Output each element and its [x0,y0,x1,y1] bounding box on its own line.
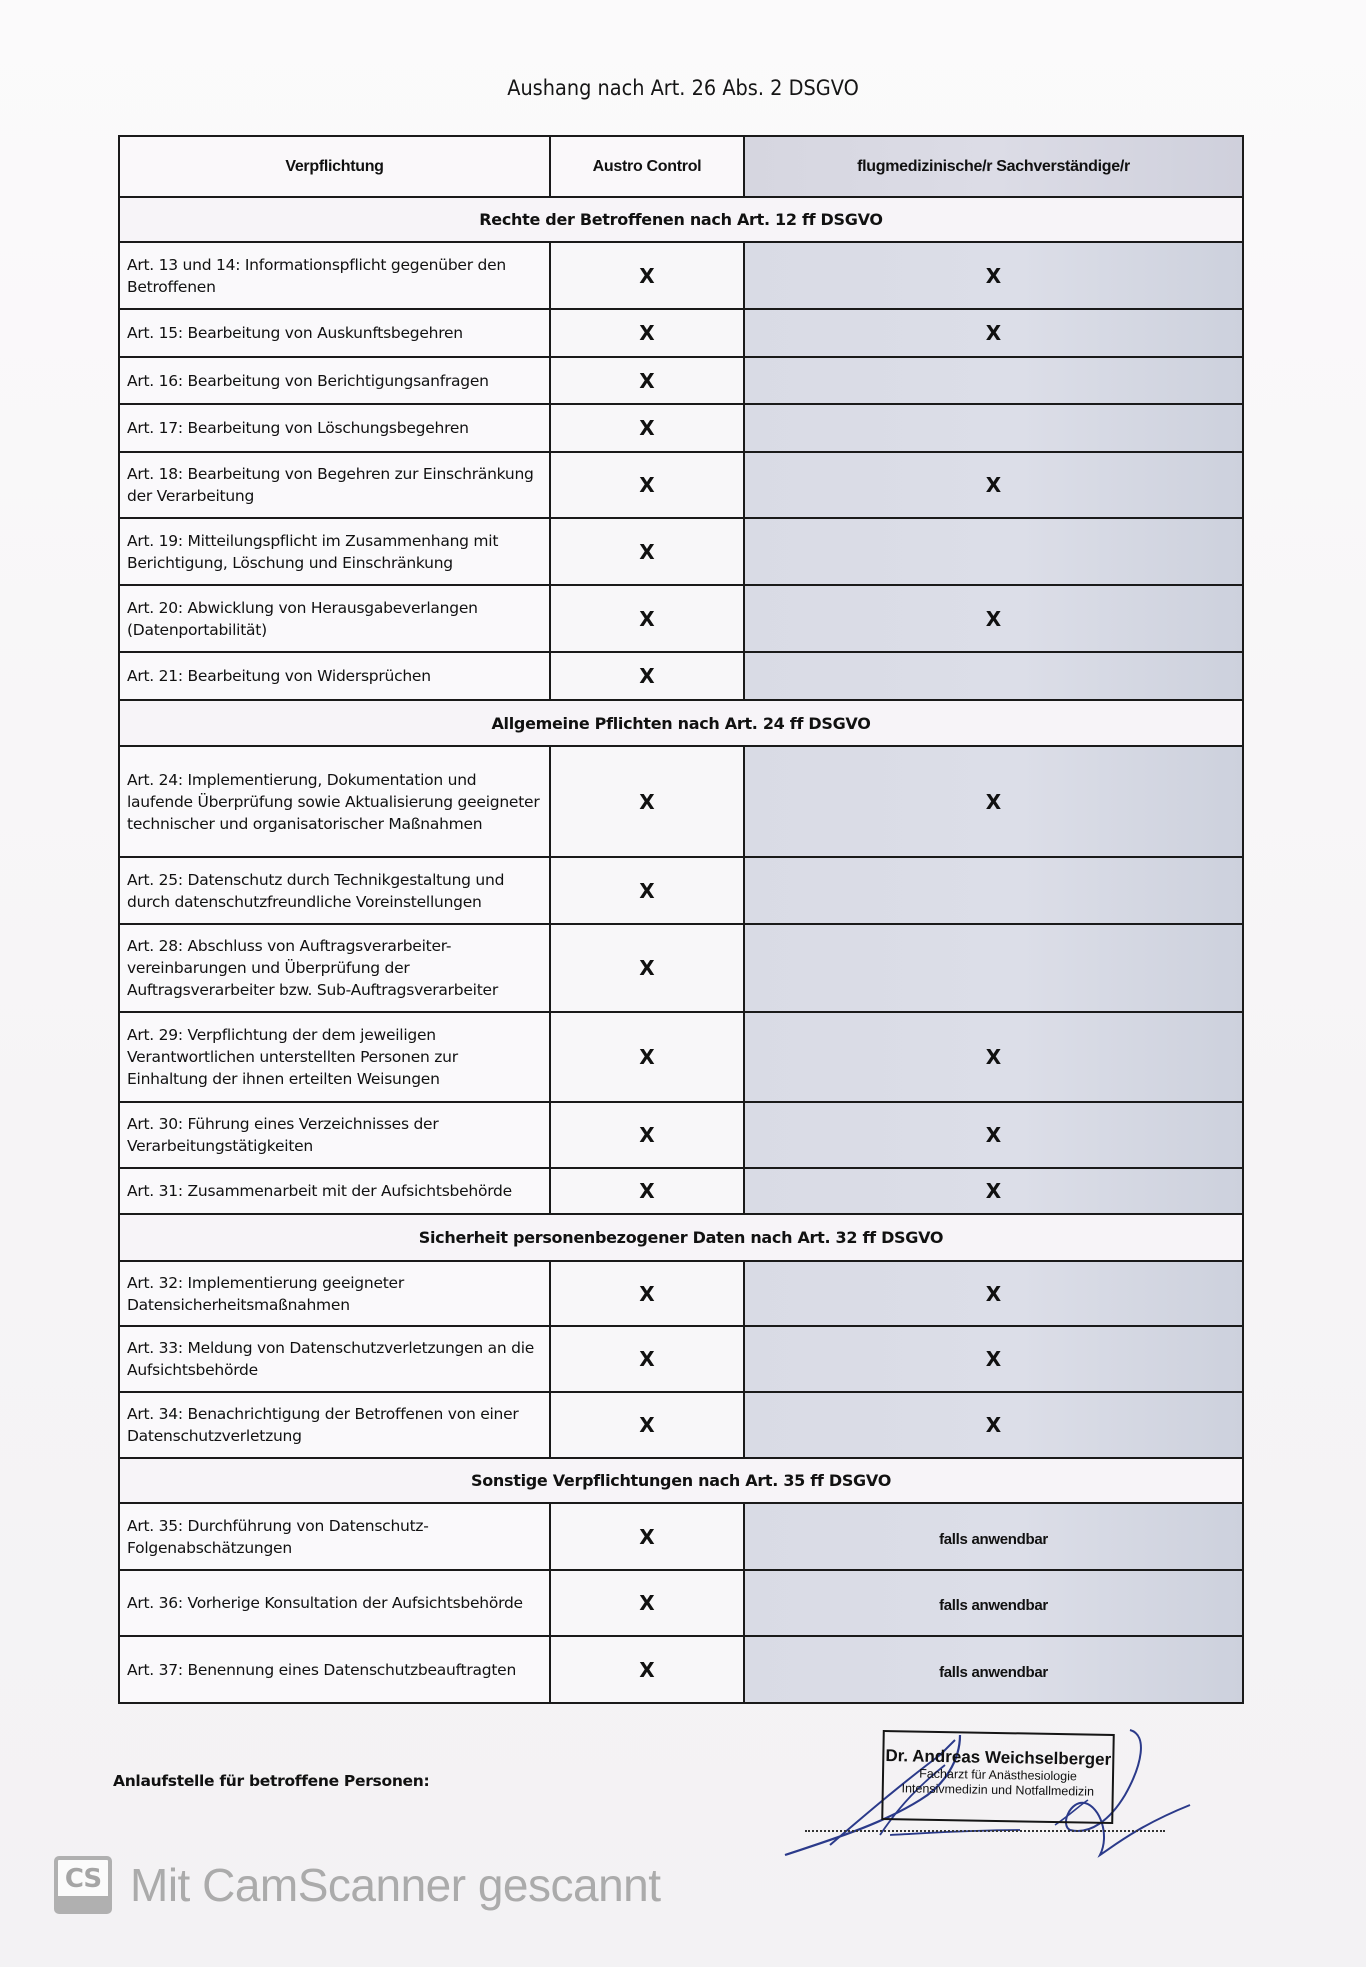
aeromedical-examiner-cell: X [744,1168,1243,1214]
obligation-cell: Art. 34: Benachrichtigung der Betroffene… [119,1392,550,1458]
article-number: Art. 24: [127,771,183,789]
article-number: Art. 16: [127,372,183,390]
column-header-austro-control: Austro Control [550,136,744,197]
aeromedical-examiner-cell [744,924,1243,1012]
aeromedical-examiner-mark: X [986,1045,1001,1069]
article-number: Art. 17: [127,419,183,437]
obligation-text: Mitteilungspflicht im Zusammenhang mit B… [127,532,498,572]
article-number: Art. 36: [127,1594,183,1612]
section-title: Sonstige Verpflichtungen nach Art. 35 ff… [119,1458,1243,1503]
aeromedical-examiner-cell: X [744,1261,1243,1326]
section-header-row: Sicherheit personenbezogener Daten nach … [119,1214,1243,1261]
table-row: Art. 31: Zusammenarbeit mit der Aufsicht… [119,1168,1243,1214]
aeromedical-examiner-cell [744,518,1243,585]
aeromedical-examiner-cell: falls anwendbar [744,1636,1243,1703]
aeromedical-examiner-mark: falls anwendbar [939,1531,1048,1548]
table-row: Art. 13 und 14: Informationspflicht gege… [119,242,1243,309]
article-number: Art. 18: [127,465,183,483]
obligation-cell: Art. 16: Bearbeitung von Berichtigungsan… [119,357,550,404]
austro-control-mark: X [550,857,744,924]
aeromedical-examiner-cell: falls anwendbar [744,1570,1243,1636]
article-number: Art. 20: [127,599,183,617]
aeromedical-examiner-cell: X [744,585,1243,652]
aeromedical-examiner-mark: X [986,321,1001,345]
obligation-text: Bearbeitung von Begehren zur Einschränku… [127,465,534,505]
table-row: Art. 30: Führung eines Verzeichnisses de… [119,1102,1243,1168]
obligation-cell: Art. 28: Abschluss von Auftragsverarbeit… [119,924,550,1012]
obligation-cell: Art. 18: Bearbeitung von Begehren zur Ei… [119,452,550,518]
article-number: Art. 15: [127,324,183,342]
obligation-cell: Art. 20: Abwicklung von Herausgabeverlan… [119,585,550,652]
section-title: Rechte der Betroffenen nach Art. 12 ff D… [119,197,1243,242]
obligation-text: Bearbeitung von Widersprüchen [188,667,431,685]
aeromedical-examiner-mark: falls anwendbar [939,1597,1048,1614]
aeromedical-examiner-mark: X [986,1123,1001,1147]
column-header-obligation: Verpflichtung [119,136,550,197]
article-number: Art. 29: [127,1026,183,1044]
obligation-text: Implementierung, Dokumentation und laufe… [127,771,539,833]
camscanner-watermark: CS Mit CamScanner gescannt [54,1856,661,1914]
table-row: Art. 32: Implementierung geeigneter Date… [119,1261,1243,1326]
austro-control-mark: X [550,309,744,357]
article-number: Art. 37: [127,1661,183,1679]
article-number: Art. 30: [127,1115,183,1133]
aeromedical-examiner-cell: X [744,1102,1243,1168]
austro-control-mark: X [550,1503,744,1570]
section-header-row: Sonstige Verpflichtungen nach Art. 35 ff… [119,1458,1243,1503]
obligations-table: Verpflichtung Austro Control flugmedizin… [118,135,1244,1704]
aeromedical-examiner-mark: X [986,790,1001,814]
aeromedical-examiner-cell: X [744,452,1243,518]
austro-control-mark: X [550,242,744,309]
aeromedical-examiner-cell: X [744,309,1243,357]
article-number: Art. 25: [127,871,183,889]
watermark-text: Mit CamScanner gescannt [130,1858,661,1912]
aeromedical-examiner-mark: X [986,1347,1001,1371]
obligation-cell: Art. 15: Bearbeitung von Auskunftsbegehr… [119,309,550,357]
article-number: Art. 35: [127,1517,183,1535]
document-title: Aushang nach Art. 26 Abs. 2 DSGVO [55,76,1312,100]
article-number: Art. 13 und 14: [127,256,240,274]
stamp-subspecialty: Intensivmedizin und Notfallmedizin [884,1781,1112,1800]
article-number: Art. 31: [127,1182,183,1200]
column-header-aeromedical-examiner: flugmedizinische/r Sachverständige/r [744,136,1243,197]
article-number: Art. 21: [127,667,183,685]
aeromedical-examiner-mark: X [986,1282,1001,1306]
obligation-text: Benachrichtigung der Betroffenen von ein… [127,1405,519,1445]
table-row: Art. 17: Bearbeitung von Löschungsbegehr… [119,404,1243,452]
obligation-cell: Art. 37: Benennung eines Datenschutzbeau… [119,1636,550,1703]
aeromedical-examiner-mark: falls anwendbar [939,1664,1048,1681]
table-row: Art. 15: Bearbeitung von Auskunftsbegehr… [119,309,1243,357]
table-row: Art. 24: Implementierung, Dokumentation … [119,746,1243,857]
camscanner-logo-icon: CS [54,1856,112,1914]
aeromedical-examiner-cell: falls anwendbar [744,1503,1243,1570]
austro-control-mark: X [550,1168,744,1214]
section-title: Sicherheit personenbezogener Daten nach … [119,1214,1243,1261]
table-row: Art. 19: Mitteilungspflicht im Zusammenh… [119,518,1243,585]
obligation-cell: Art. 33: Meldung von Datenschutzverletzu… [119,1326,550,1392]
obligation-cell: Art. 25: Datenschutz durch Technikgestal… [119,857,550,924]
obligation-cell: Art. 24: Implementierung, Dokumentation … [119,746,550,857]
aeromedical-examiner-cell: X [744,1326,1243,1392]
obligation-cell: Art. 21: Bearbeitung von Widersprüchen [119,652,550,700]
austro-control-mark: X [550,1392,744,1458]
table-row: Art. 36: Vorherige Konsultation der Aufs… [119,1570,1243,1636]
austro-control-mark: X [550,1261,744,1326]
table-row: Art. 18: Bearbeitung von Begehren zur Ei… [119,452,1243,518]
aeromedical-examiner-cell: X [744,1012,1243,1102]
austro-control-mark: X [550,357,744,404]
obligation-cell: Art. 36: Vorherige Konsultation der Aufs… [119,1570,550,1636]
austro-control-mark: X [550,1012,744,1102]
table-row: Art. 35: Durchführung von Datenschutz-Fo… [119,1503,1243,1570]
table-row: Art. 20: Abwicklung von Herausgabeverlan… [119,585,1243,652]
austro-control-mark: X [550,518,744,585]
austro-control-mark: X [550,452,744,518]
table-row: Art. 25: Datenschutz durch Technikgestal… [119,857,1243,924]
signature-line [805,1830,1165,1832]
obligation-cell: Art. 32: Implementierung geeigneter Date… [119,1261,550,1326]
austro-control-mark: X [550,924,744,1012]
aeromedical-examiner-cell [744,357,1243,404]
article-number: Art. 34: [127,1405,183,1423]
austro-control-mark: X [550,585,744,652]
obligation-cell: Art. 30: Führung eines Verzeichnisses de… [119,1102,550,1168]
table-header-row: Verpflichtung Austro Control flugmedizin… [119,136,1243,197]
table-row: Art. 16: Bearbeitung von Berichtigungsan… [119,357,1243,404]
obligation-text: Vorherige Konsultation der Aufsichtsbehö… [188,1594,523,1612]
obligation-cell: Art. 31: Zusammenarbeit mit der Aufsicht… [119,1168,550,1214]
aeromedical-examiner-mark: X [986,1413,1001,1437]
aeromedical-examiner-mark: X [986,1179,1001,1203]
aeromedical-examiner-cell: X [744,1392,1243,1458]
obligation-text: Zusammenarbeit mit der Aufsichtsbehörde [188,1182,512,1200]
austro-control-mark: X [550,1570,744,1636]
table-row: Art. 28: Abschluss von Auftragsverarbeit… [119,924,1243,1012]
article-number: Art. 32: [127,1274,183,1292]
austro-control-mark: X [550,1102,744,1168]
doctor-stamp: Dr. Andreas Weichselberger Facharzt für … [881,1730,1115,1824]
austro-control-mark: X [550,1636,744,1703]
austro-control-mark: X [550,746,744,857]
obligation-text: Bearbeitung von Auskunftsbegehren [188,324,463,342]
aeromedical-examiner-cell: X [744,746,1243,857]
obligation-text: Benennung eines Datenschutzbeauftragten [188,1661,516,1679]
obligation-text: Bearbeitung von Berichtigungsanfragen [188,372,489,390]
aeromedical-examiner-cell [744,652,1243,700]
table-row: Art. 34: Benachrichtigung der Betroffene… [119,1392,1243,1458]
article-number: Art. 19: [127,532,183,550]
obligation-cell: Art. 29: Verpflichtung der dem jeweilige… [119,1012,550,1102]
table-row: Art. 37: Benennung eines Datenschutzbeau… [119,1636,1243,1703]
aeromedical-examiner-cell [744,857,1243,924]
table-row: Art. 21: Bearbeitung von WidersprüchenX [119,652,1243,700]
aeromedical-examiner-cell [744,404,1243,452]
obligation-cell: Art. 13 und 14: Informationspflicht gege… [119,242,550,309]
obligation-text: Abschluss von Auftragsverarbeiter-verein… [127,937,498,999]
obligation-text: Meldung von Datenschutzverletzungen an d… [127,1339,534,1379]
contact-point-label: Anlaufstelle für betroffene Personen: [113,1772,429,1790]
section-header-row: Rechte der Betroffenen nach Art. 12 ff D… [119,197,1243,242]
aeromedical-examiner-mark: X [986,607,1001,631]
table-row: Art. 29: Verpflichtung der dem jeweilige… [119,1012,1243,1102]
obligation-cell: Art. 35: Durchführung von Datenschutz-Fo… [119,1503,550,1570]
austro-control-mark: X [550,652,744,700]
aeromedical-examiner-cell: X [744,242,1243,309]
obligation-cell: Art. 19: Mitteilungspflicht im Zusammenh… [119,518,550,585]
obligation-text: Datenschutz durch Technikgestaltung und … [127,871,504,911]
table-body: Rechte der Betroffenen nach Art. 12 ff D… [119,197,1243,1703]
aeromedical-examiner-mark: X [986,473,1001,497]
aeromedical-examiner-mark: X [986,264,1001,288]
article-number: Art. 33: [127,1339,183,1357]
article-number: Art. 28: [127,937,183,955]
section-header-row: Allgemeine Pflichten nach Art. 24 ff DSG… [119,700,1243,746]
obligation-text: Bearbeitung von Löschungsbegehren [188,419,469,437]
austro-control-mark: X [550,1326,744,1392]
table-row: Art. 33: Meldung von Datenschutzverletzu… [119,1326,1243,1392]
section-title: Allgemeine Pflichten nach Art. 24 ff DSG… [119,700,1243,746]
austro-control-mark: X [550,404,744,452]
obligation-cell: Art. 17: Bearbeitung von Löschungsbegehr… [119,404,550,452]
